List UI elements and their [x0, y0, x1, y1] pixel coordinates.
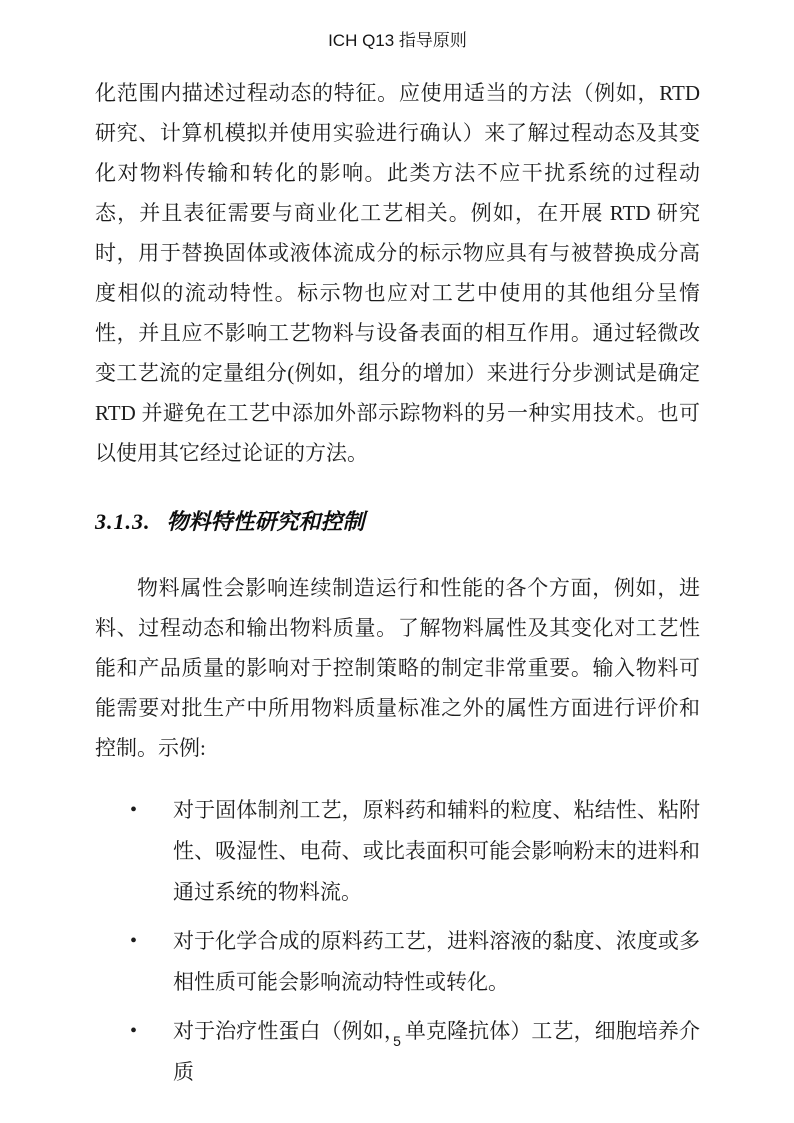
bullet-text: 对于化学合成的原料药工艺，进料溶液的黏度、浓度或多相性质可能会影响流动特性或转化…: [173, 929, 700, 994]
bullet-item: • 对于固体制剂工艺，原料药和辅料的粒度、粘结性、粘附性、吸湿性、电荷、或比表面…: [95, 790, 700, 913]
bullet-icon: •: [130, 921, 137, 962]
bullet-icon: •: [130, 790, 137, 831]
page-number: 5: [0, 1033, 794, 1049]
bullet-item: • 对于化学合成的原料药工艺，进料溶液的黏度、浓度或多相性质可能会影响流动特性或…: [95, 921, 700, 1003]
page-header: ICH Q13 指导原则: [95, 30, 700, 51]
section-heading: 3.1.3.物料特性研究和控制: [95, 507, 700, 537]
bullet-text: 对于治疗性蛋白（例如，单克隆抗体）工艺，细胞培养介质: [173, 1019, 700, 1084]
body-paragraph-2: 物料属性会影响连续制造运行和性能的各个方面，例如，进料、过程动态和输出物料质量。…: [95, 568, 700, 768]
bullet-text: 对于固体制剂工艺，原料药和辅料的粒度、粘结性、粘附性、吸湿性、电荷、或比表面积可…: [173, 798, 700, 904]
bullet-item: • 对于治疗性蛋白（例如，单克隆抗体）工艺，细胞培养介质: [95, 1011, 700, 1093]
body-paragraph-1: 化范围内描述过程动态的特征。应使用适当的方法（例如，RTD 研究、计算机模拟并使…: [95, 73, 700, 473]
section-number: 3.1.3.: [95, 507, 151, 537]
document-page: ICH Q13 指导原则 化范围内描述过程动态的特征。应使用适当的方法（例如，R…: [0, 0, 794, 1123]
section-title: 物料特性研究和控制: [167, 507, 365, 537]
